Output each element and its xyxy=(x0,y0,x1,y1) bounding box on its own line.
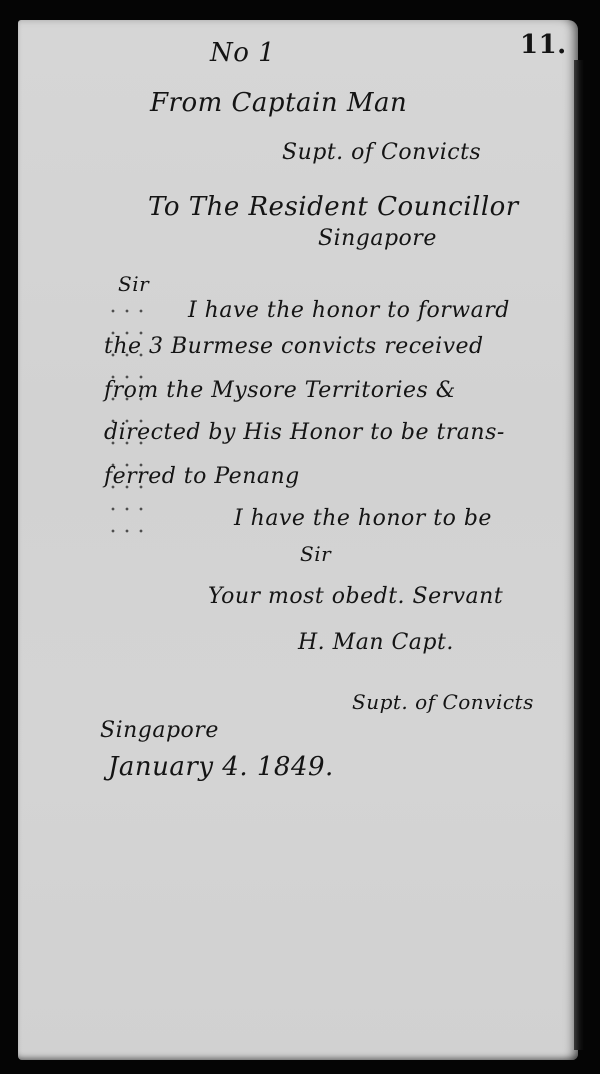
body-line-2: the 3 Burmese convicts received xyxy=(104,334,484,359)
body-line-5: ferred to Penang xyxy=(104,464,300,489)
signature-title: Supt. of Convicts xyxy=(352,690,534,714)
body-line-4: directed by His Honor to be trans- xyxy=(104,420,505,445)
closing-servant: Your most obedt. Servant xyxy=(208,584,503,609)
to-place: Singapore xyxy=(318,226,437,251)
closing-line: I have the honor to be xyxy=(234,506,492,531)
body-line-1: I have the honor to forward xyxy=(188,298,510,323)
from-title: Supt. of Convicts xyxy=(282,140,481,165)
to-line: To The Resident Councillor xyxy=(148,192,519,222)
folio-number: 11. xyxy=(520,30,567,60)
date: January 4. 1849. xyxy=(108,752,334,782)
signature: H. Man Capt. xyxy=(298,630,454,655)
document-page xyxy=(18,20,578,1060)
letter-number: No 1 xyxy=(210,38,275,68)
salutation: Sir xyxy=(118,272,149,296)
closing-sir: Sir xyxy=(300,542,331,566)
place: Singapore xyxy=(100,718,219,743)
from-line: From Captain Man xyxy=(150,88,407,118)
binding-edge xyxy=(574,60,584,1050)
body-line-3: from the Mysore Territories & xyxy=(104,378,456,403)
